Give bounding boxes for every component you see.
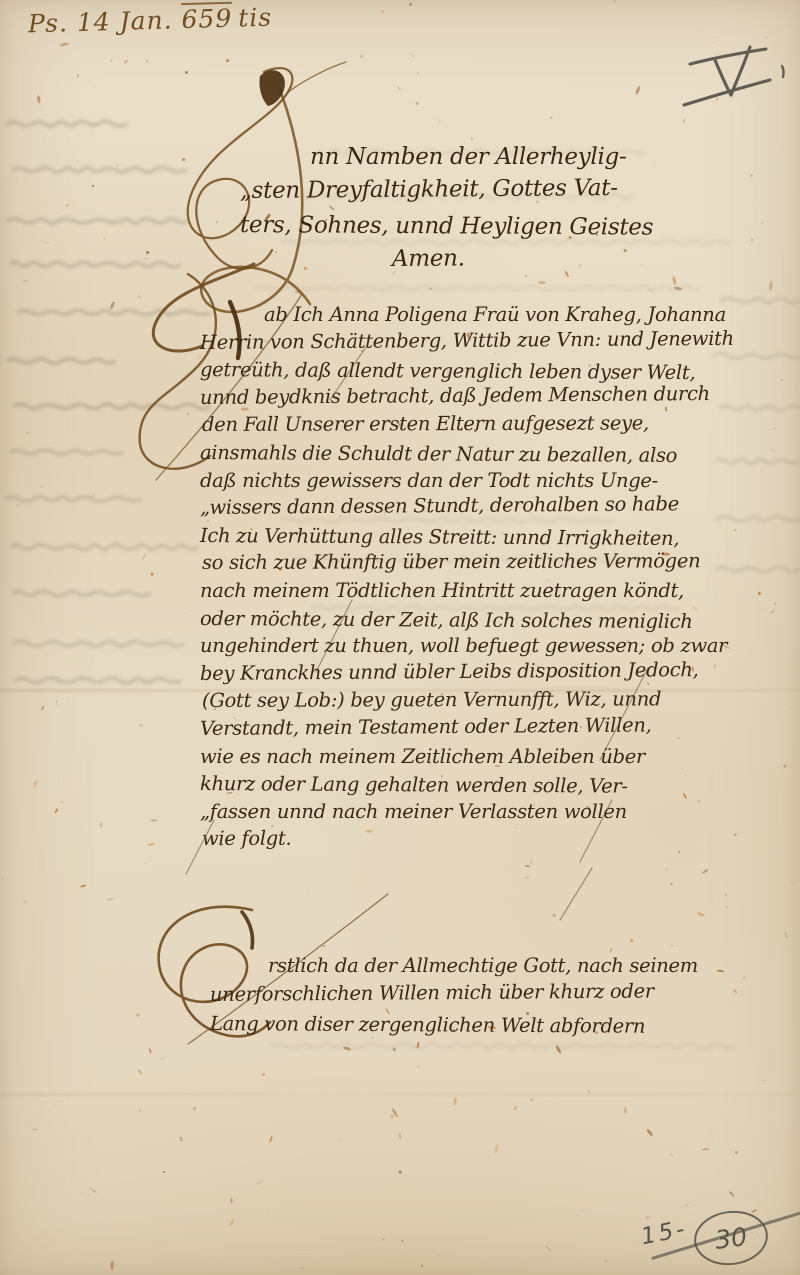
- manuscript-line: so sich zue Khünftig über mein zeitliche…: [202, 547, 792, 577]
- manuscript-line: den Fall Unserer ersten Eltern aufgesezt…: [202, 409, 792, 439]
- invocation-paragraph: nn Namben der Allerheylig-„sten Dreyfalt…: [240, 140, 720, 276]
- paper-crease: [0, 1093, 800, 1096]
- pencil-price-note: 15-: [639, 1216, 690, 1250]
- circled-number-value: 30: [713, 1222, 748, 1255]
- manuscript-line: oder möchte, zu der Zeit, alß Ich solche…: [200, 605, 790, 636]
- manuscript-line: Herrin von Schättenberg, Wittib zue Vnn:…: [200, 324, 790, 356]
- folio-top-bar: [690, 49, 766, 64]
- erstlich-paragraph: rstlich da der Allmechtige Gott, nach se…: [210, 951, 790, 1038]
- manuscript-line: nach meinem Tödtlichen Hintritt zuetrage…: [200, 577, 790, 605]
- circled-number-mark: 30: [691, 1207, 771, 1270]
- folio-numeral-mark: [682, 34, 794, 108]
- manuscript-scan: Ps. 14 Jan. 659tis nn Namben der Allerhe…: [0, 0, 800, 1275]
- manuscript-line: Lang von diser zergenglichen Welt abford…: [210, 1009, 790, 1042]
- manuscript-line: Verstandt, mein Testament oder Lezten Wi…: [200, 710, 790, 742]
- date-year: 659: [181, 4, 233, 34]
- date-prefix: Ps. 14 Jan.: [28, 5, 173, 38]
- manuscript-line: wie folgt.: [202, 823, 792, 853]
- manuscript-line: bey Kranckhes unnd übler Leibs dispositi…: [200, 655, 790, 687]
- folio-tick: [782, 66, 784, 77]
- date-inscription: Ps. 14 Jan. 659tis: [28, 3, 273, 39]
- testament-paragraph: ab Ich Anna Poligena Fraü von Kraheg, Jo…: [200, 301, 790, 853]
- folio-v-left: [715, 60, 731, 95]
- manuscript-line: „fassen unnd nach meiner Verlassten woll…: [200, 798, 790, 826]
- date-suffix: tis: [238, 3, 273, 33]
- manuscript-line: „wissers dann dessen Stundt, derohalben …: [200, 490, 790, 522]
- manuscript-line: unnd beydknis betracht, daß Jedem Mensch…: [200, 379, 790, 411]
- manuscript-line: khurz oder Lang gehalten werden solle, V…: [200, 770, 790, 801]
- manuscript-line: wie es nach meinem Zeitlichem Ableiben ü…: [200, 743, 790, 771]
- manuscript-line: „sten Dreyfaltigkheit, Gottes Vat-: [240, 170, 720, 208]
- manuscript-line: unerforschlichen Willen mich über khurz …: [210, 975, 790, 1009]
- manuscript-line: nn Namben der Allerheylig-: [240, 140, 720, 174]
- manuscript-line: ainsmahls die Schuldt der Natur zu bezal…: [200, 439, 790, 470]
- manuscript-line: Amen.: [392, 239, 720, 276]
